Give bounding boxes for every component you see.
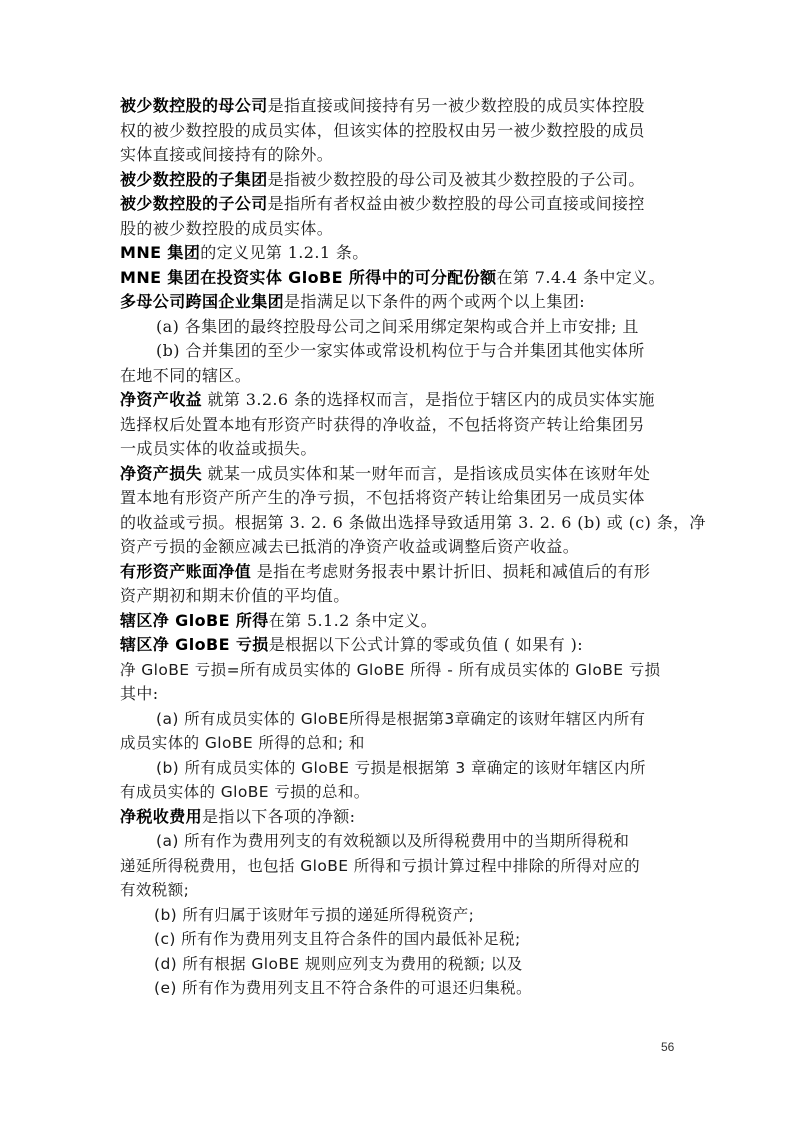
definition-line: 股的被少数控股的成员实体。 [120,217,676,242]
list-item: (a) 所有作为费用列支的有效税额以及所得税费用中的当期所得税和 [120,829,676,854]
definition-term: 多母公司跨国企业集团 [120,292,284,311]
definition-line: 净资产损失 就某一成员实体和某一财年而言，是指该成员实体在该财年处 [120,462,676,487]
definition-text: 是指以下各项的净额: [202,807,355,826]
definition-line: 净税收费用是指以下各项的净额: [120,805,676,830]
definition-line: 资产亏损的金额应减去已抵消的净资产收益或调整后资产收益。 [120,535,676,560]
list-item-continuation: 在地不同的辖区。 [120,364,676,389]
definition-line: 多母公司跨国企业集团是指满足以下条件的两个或两个以上集团: [120,290,676,315]
definition-text: 就第 3.2.6 条的选择权而言，是指位于辖区内的成员实体实施 [202,390,655,409]
definition-line: 辖区净 GloBE 亏损是根据以下公式计算的零或负值 ( 如果有 ): [120,633,676,658]
definition-text: 是指所有者权益由被少数控股的母公司直接或间接控 [268,194,645,213]
definition-term: 辖区净 GloBE 亏损 [120,635,269,654]
definition-line: 被少数控股的子集团是指被少数控股的母公司及被其少数控股的子公司。 [120,168,676,193]
definition-text: 是根据以下公式计算的零或负值 ( 如果有 ): [269,635,583,654]
list-item: (b) 所有成员实体的 GloBE 亏损是根据第 3 章确定的该财年辖区内所 [120,756,676,781]
definition-text: 的定义见第 1.2.1 条。 [200,243,368,262]
list-item: (b) 合并集团的至少一家实体或常设机构位于与合并集团其他实体所 [120,339,676,364]
list-item: (a) 所有成员实体的 GloBE所得是根据第3章确定的该财年辖区内所有 [120,707,676,732]
document-page: 被少数控股的母公司是指直接或间接持有另一被少数控股的成员实体控股 权的被少数控股… [120,94,676,1001]
list-item: (a) 各集团的最终控股母公司之间采用绑定架构或合并上市安排; 且 [120,315,676,340]
definition-term: MNE 集团在投资实体 GloBE 所得中的可分配份额 [120,268,497,287]
definition-text: 就某一成员实体和某一财年而言，是指该成员实体在该财年处 [202,464,650,483]
page-number: 56 [661,1040,674,1054]
list-item-continuation: 有成员实体的 GloBE 亏损的总和。 [120,780,676,805]
definition-text: 是指在考虑财务报表中累计折旧、损耗和减值后的有形 [251,562,650,581]
definition-line: MNE 集团的定义见第 1.2.1 条。 [120,241,676,266]
definition-line: 净资产收益 就第 3.2.6 条的选择权而言，是指位于辖区内的成员实体实施 [120,388,676,413]
definition-line: 实体直接或间接持有的除外。 [120,143,676,168]
definition-line: 置本地有形资产所产生的净亏损，不包括将资产转让给集团另一成员实体 [120,486,676,511]
definition-line: 有形资产账面净值 是指在考虑财务报表中累计折旧、损耗和减值后的有形 [120,560,676,585]
definition-text: 是指直接或间接持有另一被少数控股的成员实体控股 [268,96,645,115]
list-item: (d) 所有根据 GloBE 规则应列支为费用的税额; 以及 [120,952,676,977]
definition-line: 资产期初和期末价值的平均值。 [120,584,676,609]
definition-term: 被少数控股的子集团 [120,170,268,189]
definition-line: MNE 集团在投资实体 GloBE 所得中的可分配份额在第 7.4.4 条中定义… [120,266,676,291]
list-item-continuation: 成员实体的 GloBE 所得的总和; 和 [120,731,676,756]
list-item-continuation: 有效税额; [120,878,676,903]
definition-text: 是指被少数控股的母公司及被其少数控股的子公司。 [268,170,645,189]
definition-line: 权的被少数控股的成员实体，但该实体的控股权由另一被少数控股的成员 [120,119,676,144]
definition-line: 的收益或亏损。根据第 3. 2. 6 条做出选择导致适用第 3. 2. 6 (b… [120,511,676,536]
definition-text: 在第 7.4.4 条中定义。 [497,268,665,287]
definition-term: 净资产损失 [120,464,202,483]
definition-term: 净资产收益 [120,390,202,409]
definition-term: MNE 集团 [120,243,200,262]
where-label: 其中: [120,682,676,707]
list-item: (c) 所有作为费用列支且符合条件的国内最低补足税; [120,927,676,952]
definition-term: 被少数控股的子公司 [120,194,268,213]
definition-term: 净税收费用 [120,807,202,826]
definition-text: 在第 5.1.2 条中定义。 [269,611,437,630]
definition-line: 被少数控股的母公司是指直接或间接持有另一被少数控股的成员实体控股 [120,94,676,119]
list-item: (b) 所有归属于该财年亏损的递延所得税资产; [120,903,676,928]
definition-line: 被少数控股的子公司是指所有者权益由被少数控股的母公司直接或间接控 [120,192,676,217]
definition-line: 选择权后处置本地有形资产时获得的净收益，不包括将资产转让给集团另 [120,413,676,438]
definition-term: 被少数控股的母公司 [120,96,268,115]
list-item: (e) 所有作为费用列支且不符合条件的可退还归集税。 [120,976,676,1001]
definition-term: 有形资产账面净值 [120,562,251,581]
formula-line: 净 GloBE 亏损=所有成员实体的 GloBE 所得 - 所有成员实体的 Gl… [120,658,676,683]
list-item-continuation: 递延所得税费用，也包括 GloBE 所得和亏损计算过程中排除的所得对应的 [120,854,676,879]
definition-term: 辖区净 GloBE 所得 [120,611,269,630]
definition-line: 辖区净 GloBE 所得在第 5.1.2 条中定义。 [120,609,676,634]
definition-text: 是指满足以下条件的两个或两个以上集团: [284,292,585,311]
definition-line: 一成员实体的收益或损失。 [120,437,676,462]
